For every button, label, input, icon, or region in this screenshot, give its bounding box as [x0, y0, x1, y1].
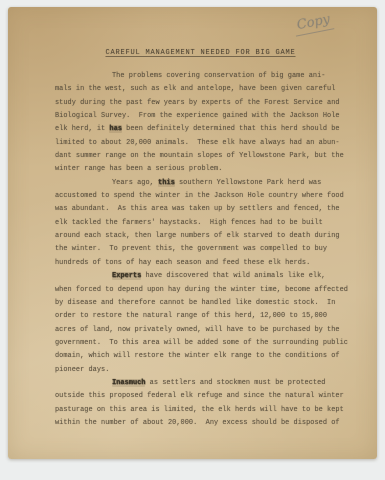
text-line: acres of land, now privately owned, will…	[55, 324, 346, 337]
text-line: winter range has been a serious problem.	[55, 163, 346, 176]
text-line: The problems covering conservation of bi…	[55, 70, 346, 83]
overtyped-word: Inasmuch	[112, 379, 145, 387]
handwritten-copy-annotation: Copy	[292, 11, 334, 36]
text-line: government. To this area will be added s…	[55, 337, 346, 350]
text-line: pasturage on this area is limited, the e…	[55, 404, 346, 417]
text-line: Inasmuch as settlers and stockmen must b…	[55, 377, 346, 390]
overtyped-word: Experts	[112, 272, 141, 280]
text-line: the winter. To prevent this, the governm…	[55, 243, 346, 256]
text-line: limited to about 20,000 animals. These e…	[55, 137, 346, 150]
typewritten-page: Copy CAREFUL MANAGEMENT NEEDED FOR BIG G…	[8, 7, 377, 459]
document-title: CAREFUL MANAGEMENT NEEDED FOR BIG GAME	[55, 47, 346, 60]
paragraph: Years ago, this southern Yellowstone Par…	[55, 177, 346, 270]
text-line: elk herd, it has been definitely determi…	[55, 123, 346, 136]
paragraph: Inasmuch as settlers and stockmen must b…	[55, 377, 346, 430]
overtyped-word: has	[109, 125, 122, 133]
text-line: by disease and therefore cannot be handl…	[55, 297, 346, 310]
text-line: study during the past few years by exper…	[55, 97, 346, 110]
text-line: Years ago, this southern Yellowstone Par…	[55, 177, 346, 190]
text-line: pioneer days.	[55, 364, 346, 377]
text-line: was abundant. As this area was taken up …	[55, 203, 346, 216]
text-line: accustomed to spend the winter in the Ja…	[55, 190, 346, 203]
text-line: outside this proposed federal elk refuge…	[55, 390, 346, 403]
page-content: CAREFUL MANAGEMENT NEEDED FOR BIG GAME T…	[55, 47, 346, 430]
overtyped-word: this	[158, 179, 175, 187]
text-line: around each stack, then large numbers of…	[55, 230, 346, 243]
paragraph: The problems covering conservation of bi…	[55, 70, 346, 177]
text-line: Experts have discovered that wild animal…	[55, 270, 346, 283]
text-line: Biological Survey. From the experience g…	[55, 110, 346, 123]
text-line: when forced to depend upon hay during th…	[55, 284, 346, 297]
text-line: within the number of about 20,000. Any e…	[55, 417, 346, 430]
text-line: elk tackled the farmers' haystacks. High…	[55, 217, 346, 230]
text-line: order to restore the natural range of th…	[55, 310, 346, 323]
text-line: domain, which will restore the winter el…	[55, 350, 346, 363]
text-line: dant summer range on the mountain slopes…	[55, 150, 346, 163]
text-line: mals in the west, such as elk and antelo…	[55, 83, 346, 96]
paragraph: Experts have discovered that wild animal…	[55, 270, 346, 377]
text-line: hundreds of tons of hay each season and …	[55, 257, 346, 270]
document-body: The problems covering conservation of bi…	[55, 70, 346, 430]
